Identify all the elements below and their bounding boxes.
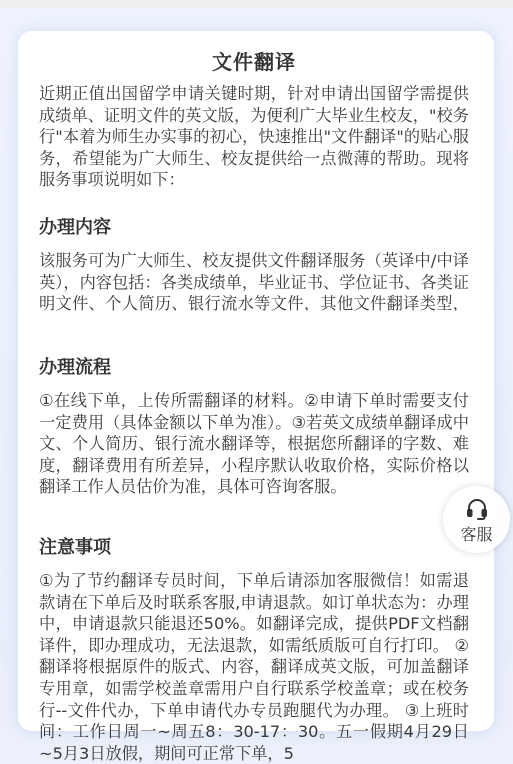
intro-paragraph: 近期正值出国留学申请关键时期，针对申请出国留学需提供成绩单、证明文件的英文版，为…: [39, 83, 469, 191]
section-heading: 注意事项: [39, 536, 469, 560]
section-service-content: 办理内容 该服务可为广大师生、校友提供文件翻译服务（英译中/中译英），内容包括：…: [39, 216, 469, 311]
headset-icon: [465, 495, 489, 525]
section-process: 办理流程 ①在线下单，上传所需翻译的材料。②申请下单时需要支付一定费用（具体金额…: [39, 356, 469, 498]
section-notes: 注意事项 ①为了节约翻译专员时间，下单后请添加客服微信！如需退款请在下单后及时联…: [39, 536, 469, 670]
customer-service-button[interactable]: 客服: [443, 486, 510, 553]
customer-service-label: 客服: [460, 526, 492, 544]
status-strip: [0, 0, 513, 7]
content-card: 文件翻译 近期正值出国留学申请关键时期，针对申请出国留学需提供成绩单、证明文件的…: [18, 31, 494, 670]
page-title: 文件翻译: [39, 50, 469, 74]
section-body: 该服务可为广大师生、校友提供文件翻译服务（英译中/中译英），内容包括：各类成绩单…: [39, 250, 469, 311]
section-body: ①为了节约翻译专员时间，下单后请添加客服微信！如需退款请在下单后及时联系客服,申…: [39, 570, 469, 670]
section-heading: 办理流程: [39, 356, 469, 380]
section-body: ①在线下单，上传所需翻译的材料。②申请下单时需要支付一定费用（具体金额以下单为准…: [39, 390, 469, 498]
section-heading: 办理内容: [39, 216, 469, 240]
